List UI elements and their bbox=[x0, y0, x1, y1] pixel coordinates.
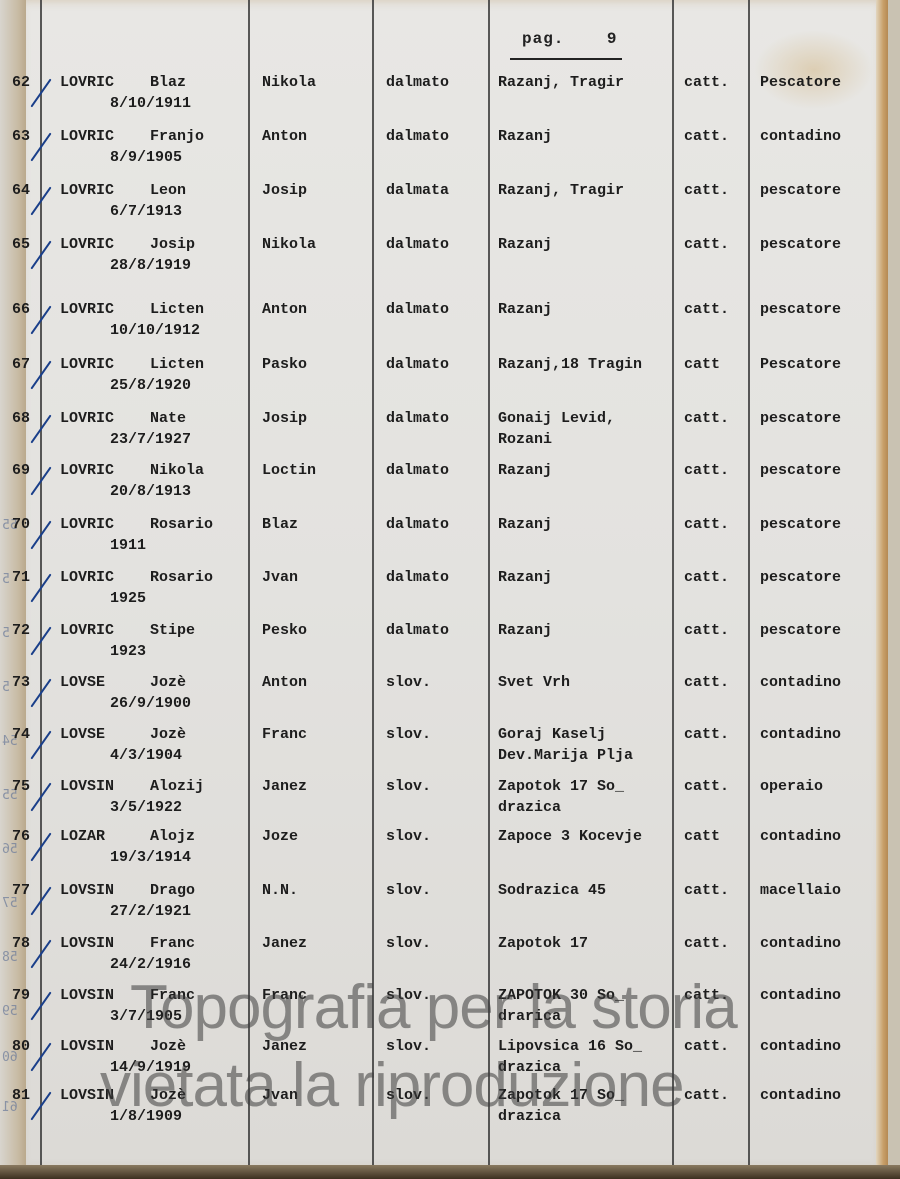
record-row: 67LOVRICLicten25/8/1920PaskodalmatoRazan… bbox=[0, 354, 900, 408]
ethnicity: dalmato bbox=[386, 72, 449, 93]
residence: Zapoce 3 Kocevje bbox=[498, 826, 642, 847]
religion: catt. bbox=[684, 299, 729, 320]
check-mark-icon bbox=[30, 467, 51, 496]
ethnicity: dalmato bbox=[386, 567, 449, 588]
father-name: Josip bbox=[262, 180, 307, 201]
ethnicity: dalmato bbox=[386, 460, 449, 481]
first-name: Stipe bbox=[150, 620, 195, 641]
record-number: 69 bbox=[12, 460, 30, 481]
residence: Goraj Kaselj bbox=[498, 724, 606, 745]
check-mark-icon bbox=[30, 241, 51, 270]
watermark-line-2: vietata la riproduzione bbox=[100, 1050, 684, 1121]
check-mark-icon bbox=[30, 783, 51, 812]
occupation: contadino bbox=[760, 724, 841, 745]
birth-date: 1911 bbox=[110, 535, 146, 556]
father-name: N.N. bbox=[262, 880, 298, 901]
residence: Razanj, Tragir bbox=[498, 180, 624, 201]
ethnicity: dalmato bbox=[386, 620, 449, 641]
check-mark-icon bbox=[30, 187, 51, 216]
record-number: 64 bbox=[12, 180, 30, 201]
record-number: 70 bbox=[12, 514, 30, 535]
record-row: 63LOVRICFranjo8/9/1905AntondalmatoRazanj… bbox=[0, 126, 900, 180]
occupation: Pescatore bbox=[760, 354, 841, 375]
record-number: 71 bbox=[12, 567, 30, 588]
father-name: Nikola bbox=[262, 234, 316, 255]
religion: catt. bbox=[684, 234, 729, 255]
surname: LOVSE bbox=[60, 672, 105, 693]
father-name: Anton bbox=[262, 299, 307, 320]
ethnicity: dalmato bbox=[386, 299, 449, 320]
surname: LOVSE bbox=[60, 724, 105, 745]
father-name: Jvan bbox=[262, 567, 298, 588]
birth-date: 26/9/1900 bbox=[110, 693, 191, 714]
occupation: pescatore bbox=[760, 180, 841, 201]
surname: LOVSIN bbox=[60, 933, 114, 954]
record-row: 65LOVRICJosip28/8/1919NikoladalmatoRazan… bbox=[0, 234, 900, 288]
birth-date: 8/9/1905 bbox=[110, 147, 182, 168]
father-name: Janez bbox=[262, 933, 307, 954]
ethnicity: dalmato bbox=[386, 234, 449, 255]
ethnicity: dalmato bbox=[386, 408, 449, 429]
check-mark-icon bbox=[30, 731, 51, 760]
surname: LOVSIN bbox=[60, 776, 114, 797]
record-row: 74LOVSEJozè4/3/1904Francslov.Goraj Kasel… bbox=[0, 724, 900, 778]
occupation: contadino bbox=[760, 126, 841, 147]
residence: Sodrazica 45 bbox=[498, 880, 606, 901]
occupation: pescatore bbox=[760, 408, 841, 429]
record-number: 78 bbox=[12, 933, 30, 954]
father-name: Loctin bbox=[262, 460, 316, 481]
father-name: Pasko bbox=[262, 354, 307, 375]
residence: Svet Vrh bbox=[498, 672, 570, 693]
residence: Gonaij Levid, bbox=[498, 408, 615, 429]
religion: catt. bbox=[684, 1085, 729, 1106]
religion: catt. bbox=[684, 933, 729, 954]
record-number: 74 bbox=[12, 724, 30, 745]
residence: Zapotok 17 bbox=[498, 933, 588, 954]
residence: Razanj bbox=[498, 514, 552, 535]
occupation: pescatore bbox=[760, 234, 841, 255]
record-number: 62 bbox=[12, 72, 30, 93]
birth-date: 27/2/1921 bbox=[110, 901, 191, 922]
residence: Razanj bbox=[498, 234, 552, 255]
birth-date: 25/8/1920 bbox=[110, 375, 191, 396]
surname: LOZAR bbox=[60, 826, 105, 847]
first-name: Blaz bbox=[150, 72, 186, 93]
father-name: Janez bbox=[262, 776, 307, 797]
check-mark-icon bbox=[30, 887, 51, 916]
first-name: Rosario bbox=[150, 514, 213, 535]
birth-date: 4/3/1904 bbox=[110, 745, 182, 766]
record-number: 66 bbox=[12, 299, 30, 320]
check-mark-icon bbox=[30, 361, 51, 390]
religion: catt. bbox=[684, 567, 729, 588]
ethnicity: slov. bbox=[386, 672, 431, 693]
header-underline bbox=[510, 58, 622, 60]
ethnicity: dalmata bbox=[386, 180, 449, 201]
birth-date: 19/3/1914 bbox=[110, 847, 191, 868]
religion: catt. bbox=[684, 408, 729, 429]
record-number: 68 bbox=[12, 408, 30, 429]
record-number: 80 bbox=[12, 1036, 30, 1057]
record-row: 77LOVSINDrago27/2/1921N.N.slov.Sodrazica… bbox=[0, 880, 900, 934]
check-mark-icon bbox=[30, 833, 51, 862]
record-row: 76LOZARAlojz19/3/1914Jozeslov.Zapoce 3 K… bbox=[0, 826, 900, 880]
ethnicity: slov. bbox=[386, 724, 431, 745]
check-mark-icon bbox=[30, 415, 51, 444]
surname: LOVRIC bbox=[60, 354, 114, 375]
first-name: Drago bbox=[150, 880, 195, 901]
residence: Razanj bbox=[498, 567, 552, 588]
first-name: Rosario bbox=[150, 567, 213, 588]
first-name: Alojz bbox=[150, 826, 195, 847]
surname: LOVRIC bbox=[60, 126, 114, 147]
birth-date: 6/7/1913 bbox=[110, 201, 182, 222]
record-number: 81 bbox=[12, 1085, 30, 1106]
father-name: Pesko bbox=[262, 620, 307, 641]
check-mark-icon bbox=[30, 1092, 51, 1121]
ethnicity: slov. bbox=[386, 776, 431, 797]
check-mark-icon bbox=[30, 940, 51, 969]
record-row: 73LOVSEJozè26/9/1900Antonslov.Svet Vrhca… bbox=[0, 672, 900, 726]
record-row: 70LOVRICRosario1911BlazdalmatoRazanjcatt… bbox=[0, 514, 900, 568]
check-mark-icon bbox=[30, 1043, 51, 1072]
occupation: contadino bbox=[760, 933, 841, 954]
first-name: Josip bbox=[150, 234, 195, 255]
record-number: 63 bbox=[12, 126, 30, 147]
ethnicity: dalmato bbox=[386, 354, 449, 375]
birth-date: 10/10/1912 bbox=[110, 320, 200, 341]
first-name: Jozè bbox=[150, 672, 186, 693]
residence: Razanj, Tragir bbox=[498, 72, 624, 93]
record-row: 71LOVRICRosario1925JvandalmatoRazanjcatt… bbox=[0, 567, 900, 621]
religion: catt. bbox=[684, 460, 729, 481]
occupation: pescatore bbox=[760, 567, 841, 588]
ethnicity: dalmato bbox=[386, 514, 449, 535]
check-mark-icon bbox=[30, 574, 51, 603]
surname: LOVRIC bbox=[60, 620, 114, 641]
occupation: contadino bbox=[760, 1085, 841, 1106]
residence: Razanj bbox=[498, 126, 552, 147]
first-name: Alozij bbox=[150, 776, 204, 797]
record-row: 75LOVSINAlozij3/5/1922Janezslov.Zapotok … bbox=[0, 776, 900, 830]
residence-line-2: drazica bbox=[498, 797, 561, 818]
first-name: Franjo bbox=[150, 126, 204, 147]
residence: Razanj bbox=[498, 620, 552, 641]
occupation: contadino bbox=[760, 672, 841, 693]
surname: LOVRIC bbox=[60, 299, 114, 320]
page-label: pag. bbox=[522, 30, 564, 48]
surname: LOVRIC bbox=[60, 514, 114, 535]
surname: LOVRIC bbox=[60, 72, 114, 93]
ethnicity: slov. bbox=[386, 933, 431, 954]
ethnicity: slov. bbox=[386, 826, 431, 847]
check-mark-icon bbox=[30, 992, 51, 1021]
father-name: Joze bbox=[262, 826, 298, 847]
religion: catt bbox=[684, 826, 720, 847]
occupation: macellaio bbox=[760, 880, 841, 901]
residence: Razanj bbox=[498, 299, 552, 320]
birth-date: 3/5/1922 bbox=[110, 797, 182, 818]
residence: Zapotok 17 So_ bbox=[498, 776, 624, 797]
record-row: 64LOVRICLeon6/7/1913JosipdalmataRazanj, … bbox=[0, 180, 900, 234]
check-mark-icon bbox=[30, 679, 51, 708]
record-number: 65 bbox=[12, 234, 30, 255]
religion: catt. bbox=[684, 72, 729, 93]
occupation: contadino bbox=[760, 826, 841, 847]
check-mark-icon bbox=[30, 627, 51, 656]
check-mark-icon bbox=[30, 521, 51, 550]
birth-date: 23/7/1927 bbox=[110, 429, 191, 450]
first-name: Licten bbox=[150, 354, 204, 375]
watermark-line-1: Topografia per la storia bbox=[130, 972, 737, 1043]
surname: LOVSIN bbox=[60, 880, 114, 901]
record-row: 66LOVRICLicten10/10/1912AntondalmatoRaza… bbox=[0, 299, 900, 353]
surname: LOVRIC bbox=[60, 180, 114, 201]
surname: LOVRIC bbox=[60, 408, 114, 429]
record-number: 72 bbox=[12, 620, 30, 641]
residence-line-2: Rozani bbox=[498, 429, 552, 450]
surname: LOVRIC bbox=[60, 234, 114, 255]
father-name: Anton bbox=[262, 672, 307, 693]
father-name: Josip bbox=[262, 408, 307, 429]
record-number: 67 bbox=[12, 354, 30, 375]
birth-date: 8/10/1911 bbox=[110, 93, 191, 114]
record-row: 62LOVRICBlaz8/10/1911NikoladalmatoRazanj… bbox=[0, 72, 900, 126]
occupation: contadino bbox=[760, 1036, 841, 1057]
occupation: pescatore bbox=[760, 460, 841, 481]
religion: catt. bbox=[684, 514, 729, 535]
birth-date: 20/8/1913 bbox=[110, 481, 191, 502]
father-name: Franc bbox=[262, 724, 307, 745]
record-number: 73 bbox=[12, 672, 30, 693]
occupation: pescatore bbox=[760, 299, 841, 320]
religion: catt. bbox=[684, 672, 729, 693]
father-name: Blaz bbox=[262, 514, 298, 535]
record-number: 76 bbox=[12, 826, 30, 847]
residence: Razanj bbox=[498, 460, 552, 481]
ethnicity: dalmato bbox=[386, 126, 449, 147]
religion: catt. bbox=[684, 880, 729, 901]
first-name: Nikola bbox=[150, 460, 204, 481]
first-name: Licten bbox=[150, 299, 204, 320]
surname: LOVSIN bbox=[60, 985, 114, 1006]
religion: catt. bbox=[684, 776, 729, 797]
ethnicity: slov. bbox=[386, 880, 431, 901]
first-name: Jozè bbox=[150, 724, 186, 745]
occupation: pescatore bbox=[760, 514, 841, 535]
religion: catt. bbox=[684, 724, 729, 745]
first-name: Leon bbox=[150, 180, 186, 201]
religion: catt. bbox=[684, 180, 729, 201]
residence-line-2: Dev.Marija Plja bbox=[498, 745, 633, 766]
record-row: 69LOVRICNikola20/8/1913LoctindalmatoRaza… bbox=[0, 460, 900, 514]
father-name: Nikola bbox=[262, 72, 316, 93]
occupation: pescatore bbox=[760, 620, 841, 641]
page-number: 9 bbox=[607, 30, 618, 48]
check-mark-icon bbox=[30, 306, 51, 335]
birth-date: 1925 bbox=[110, 588, 146, 609]
surname: LOVRIC bbox=[60, 460, 114, 481]
occupation: contadino bbox=[760, 985, 841, 1006]
residence: Razanj,18 Tragin bbox=[498, 354, 642, 375]
religion: catt bbox=[684, 354, 720, 375]
religion: catt. bbox=[684, 126, 729, 147]
check-mark-icon bbox=[30, 79, 51, 108]
record-number: 75 bbox=[12, 776, 30, 797]
record-number: 77 bbox=[12, 880, 30, 901]
bottom-shadow bbox=[0, 1165, 900, 1179]
first-name: Franc bbox=[150, 933, 195, 954]
record-number: 79 bbox=[12, 985, 30, 1006]
surname: LOVRIC bbox=[60, 567, 114, 588]
birth-date: 28/8/1919 bbox=[110, 255, 191, 276]
father-name: Anton bbox=[262, 126, 307, 147]
occupation: Pescatore bbox=[760, 72, 841, 93]
page-header: pag. 9 bbox=[522, 30, 617, 48]
check-mark-icon bbox=[30, 133, 51, 162]
occupation: operaio bbox=[760, 776, 823, 797]
birth-date: 1923 bbox=[110, 641, 146, 662]
religion: catt. bbox=[684, 620, 729, 641]
first-name: Nate bbox=[150, 408, 186, 429]
record-row: 72LOVRICStipe1923PeskodalmatoRazanjcatt.… bbox=[0, 620, 900, 674]
record-row: 68LOVRICNate23/7/1927JosipdalmatoGonaij … bbox=[0, 408, 900, 462]
